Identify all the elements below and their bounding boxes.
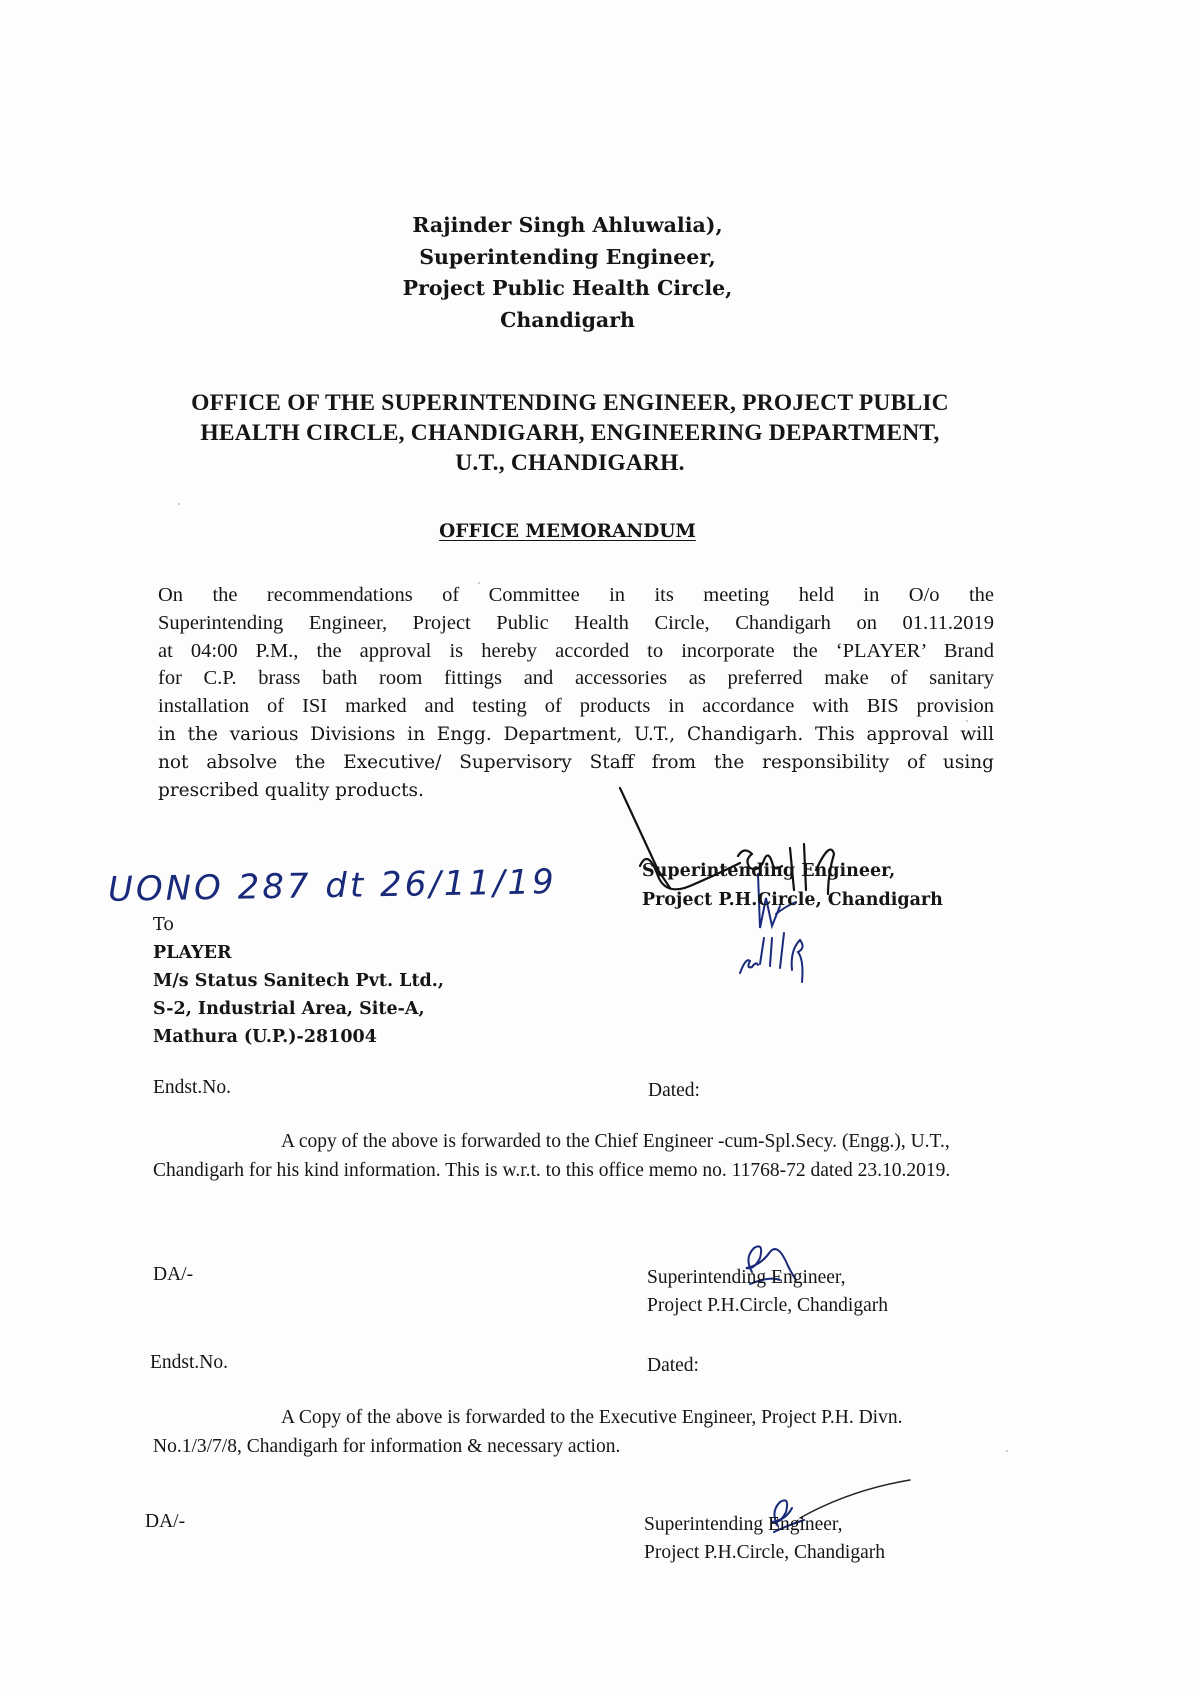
body-line: not absolve the Executive/ Supervisory S… [158,749,994,777]
sender-circle: Project Public Health Circle, [0,273,1135,305]
sender-designation: Superintending Engineer, [0,242,1135,274]
endorsement-1-text: A copy of the above is forwarded to the … [153,1128,995,1185]
handwritten-reference-note: UONO 287 dt 26/11/19 [108,862,557,910]
addressee-address-2: Mathura (U.P.)-281004 [153,1023,444,1051]
body-line: installation of ISI marked and testing o… [158,693,994,721]
endorsement-1-number-label: Endst.No. [153,1077,231,1099]
memo-title: OFFICE MEMORANDUM [0,521,1135,542]
addressee-block: To PLAYER M/s Status Sanitech Pvt. Ltd.,… [153,911,444,1051]
endorsement-1-dated-label: Dated: [648,1080,700,1102]
body-line: On the recommendations of Committee in i… [158,582,994,610]
body-line: at 04:00 P.M., the approval is hereby ac… [158,638,994,666]
office-heading-line-2: HEALTH CIRCLE, CHANDIGARH, ENGINEERING D… [150,418,990,448]
office-heading-line-1: OFFICE OF THE SUPERINTENDING ENGINEER, P… [150,388,990,418]
endorsement-1-sig-circle: Project P.H.Circle, Chandigarh [647,1292,888,1320]
scan-speck [966,720,968,722]
signature-1-designation: Superintending Engineer, [642,857,943,886]
scan-speck [1006,1450,1008,1452]
endorsement-2-text: A Copy of the above is forwarded to the … [153,1404,995,1461]
addressee-address-1: S-2, Industrial Area, Site-A, [153,995,444,1023]
addressee-company: M/s Status Sanitech Pvt. Ltd., [153,967,444,995]
memo-body: On the recommendations of Committee in i… [158,582,994,804]
body-line: prescribed quality products. [158,777,994,805]
endorsement-2-dated-label: Dated: [647,1355,699,1377]
office-heading-line-3: U.T., CHANDIGARH. [150,448,990,478]
body-line: for C.P. brass bath room fittings and ac… [158,665,994,693]
body-line: in the various Divisions in Engg. Depart… [158,721,994,749]
endorsement-2-signature-block: Superintending Engineer, Project P.H.Cir… [644,1511,885,1567]
memo-page: Rajinder Singh Ahluwalia), Superintendin… [0,0,1200,1696]
endorsement-1-da: DA/- [153,1264,193,1286]
endorsement-2-sig-circle: Project P.H.Circle, Chandigarh [644,1539,885,1567]
scan-speck [178,503,180,505]
endorsement-2-sig-designation: Superintending Engineer, [644,1511,885,1539]
endorsement-1-signature-block: Superintending Engineer, Project P.H.Cir… [647,1264,888,1320]
sender-city: Chandigarh [0,305,1135,337]
signature-1-circle: Project P.H.Circle, Chandigarh [642,886,943,915]
addressee-to: To [153,911,444,939]
addressee-name: PLAYER [153,939,444,967]
endorsement-2-number-label: Endst.No. [150,1352,228,1374]
office-heading: OFFICE OF THE SUPERINTENDING ENGINEER, P… [150,388,990,478]
scan-speck [478,582,480,584]
endorsement-2-da: DA/- [145,1511,185,1533]
body-line: Superintending Engineer, Project Public … [158,610,994,638]
signature-block-1: Superintending Engineer, Project P.H.Cir… [642,857,943,915]
endorsement-1-sig-designation: Superintending Engineer, [647,1264,888,1292]
sender-block: Rajinder Singh Ahluwalia), Superintendin… [0,210,1135,336]
sender-name: Rajinder Singh Ahluwalia), [0,210,1135,242]
